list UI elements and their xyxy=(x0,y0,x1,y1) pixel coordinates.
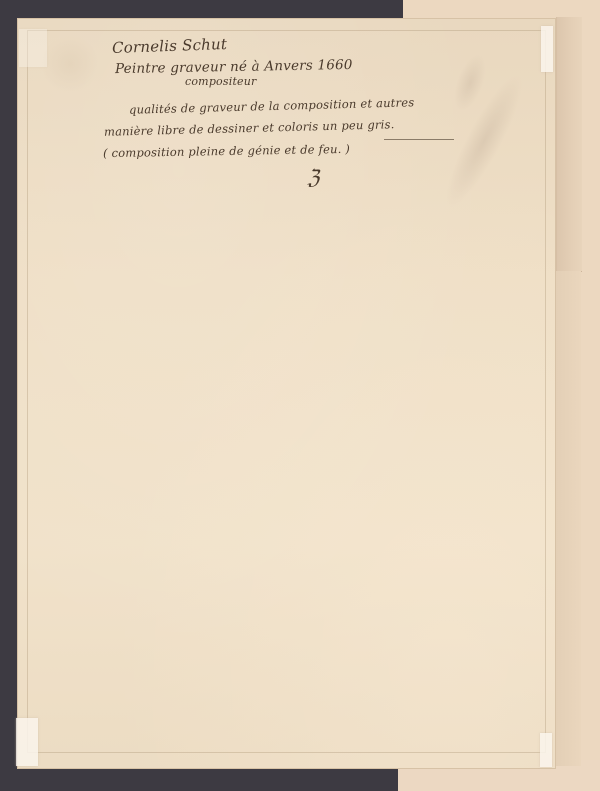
paper-sheet: Cornelis Schut Peintre graveur né à Anve… xyxy=(17,18,556,769)
inscription-artist-name: Cornelis Schut xyxy=(112,35,228,57)
mount-strip-lower xyxy=(556,271,581,766)
inscription-line-3: compositeur xyxy=(185,75,257,88)
inscription-underline xyxy=(384,139,454,140)
inscription-line-5: manière libre de dessiner et coloris un … xyxy=(104,117,395,139)
mount-strip-upper xyxy=(556,17,582,272)
inscription-signature: ℨ xyxy=(307,165,320,189)
inscription-line-4: qualités de graveur de la composition et… xyxy=(129,95,415,116)
handwritten-inscription: Cornelis Schut Peintre graveur né à Anve… xyxy=(17,18,556,769)
inscription-line-6: ( composition pleine de génie et de feu.… xyxy=(103,142,350,160)
